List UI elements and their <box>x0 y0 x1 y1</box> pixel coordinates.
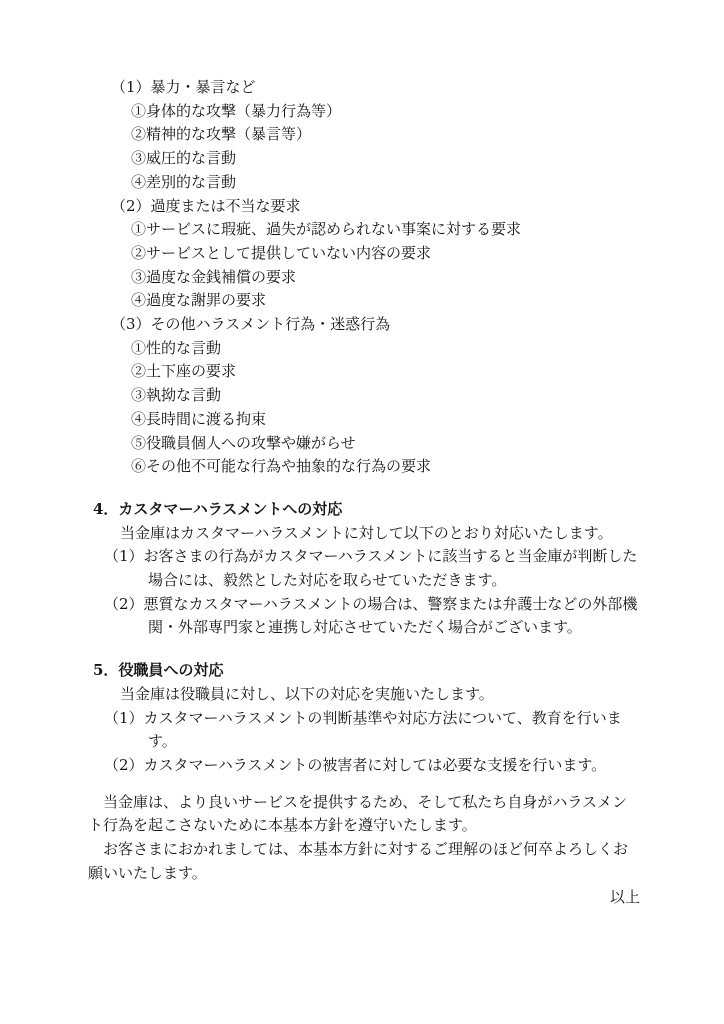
signoff-text: 以上 <box>88 886 640 910</box>
outline-group-label: （2）過度または不当な要求 <box>111 195 640 219</box>
outline-item: ④過度な謝罪の要求 <box>131 289 640 313</box>
section-item: （2）悪質なカスタマーハラスメントの場合は、警察または弁護士などの外部機関・外部… <box>88 593 640 640</box>
outline-item: ③執拗な言動 <box>131 384 640 408</box>
section-response-to-staff: 5．役職員への対応 当金庫は役職員に対し、以下の対応を実施いたします。 （1）カ… <box>88 659 640 778</box>
outline-item: ①性的な言動 <box>131 337 640 361</box>
closing-block: 当金庫は、より良いサービスを提供するため、そして私たち自身がハラスメント行為を起… <box>88 791 640 886</box>
harassment-type-list: （1）暴力・暴言など ①身体的な攻撃（暴力行為等） ②精神的な攻撃（暴言等） ③… <box>88 76 640 479</box>
document-page: （1）暴力・暴言など ①身体的な攻撃（暴力行為等） ②精神的な攻撃（暴言等） ③… <box>0 0 724 1024</box>
outline-item: ④長時間に渡る拘束 <box>131 408 640 432</box>
outline-item: ⑥その他不可能な行為や抽象的な行為の要求 <box>131 455 640 479</box>
outline-item: ②サービスとして提供していない内容の要求 <box>131 242 640 266</box>
outline-item: ③過度な金銭補償の要求 <box>131 266 640 290</box>
outline-item: ③威圧的な言動 <box>131 147 640 171</box>
outline-group-label: （1）暴力・暴言など <box>111 76 640 100</box>
section-intro: 当金庫は役職員に対し、以下の対応を実施いたします。 <box>120 683 640 707</box>
closing-paragraph: 当金庫は、より良いサービスを提供するため、そして私たち自身がハラスメント行為を起… <box>88 791 640 838</box>
section-item: （1）お客さまの行為がカスタマーハラスメントに該当すると当金庫が判断した場合には… <box>88 545 640 592</box>
outline-item: ②土下座の要求 <box>131 360 640 384</box>
section-item: （1）カスタマーハラスメントの判断基準や対応方法について、教育を行います。 <box>88 707 640 754</box>
section-heading: 4．カスタマーハラスメントへの対応 <box>93 498 640 522</box>
outline-item: ①身体的な攻撃（暴力行為等） <box>131 100 640 124</box>
outline-item: ①サービスに瑕疵、過失が認められない事案に対する要求 <box>131 218 640 242</box>
closing-paragraph: お客さまにおかれましては、本基本方針に対するご理解のほど何卒よろしくお願いいたし… <box>88 838 640 885</box>
section-heading: 5．役職員への対応 <box>93 659 640 683</box>
section-response-to-harassment: 4．カスタマーハラスメントへの対応 当金庫はカスタマーハラスメントに対して以下の… <box>88 498 640 640</box>
section-intro: 当金庫はカスタマーハラスメントに対して以下のとおり対応いたします。 <box>120 522 640 546</box>
outline-item: ④差別的な言動 <box>131 171 640 195</box>
outline-group-label: （3）その他ハラスメント行為・迷惑行為 <box>111 313 640 337</box>
document-content: （1）暴力・暴言など ①身体的な攻撃（暴力行為等） ②精神的な攻撃（暴言等） ③… <box>88 76 640 909</box>
section-item: （2）カスタマーハラスメントの被害者に対しては必要な支援を行います。 <box>88 754 640 778</box>
outline-item: ②精神的な攻撃（暴言等） <box>131 123 640 147</box>
outline-item: ⑤役職員個人への攻撃や嫌がらせ <box>131 432 640 456</box>
